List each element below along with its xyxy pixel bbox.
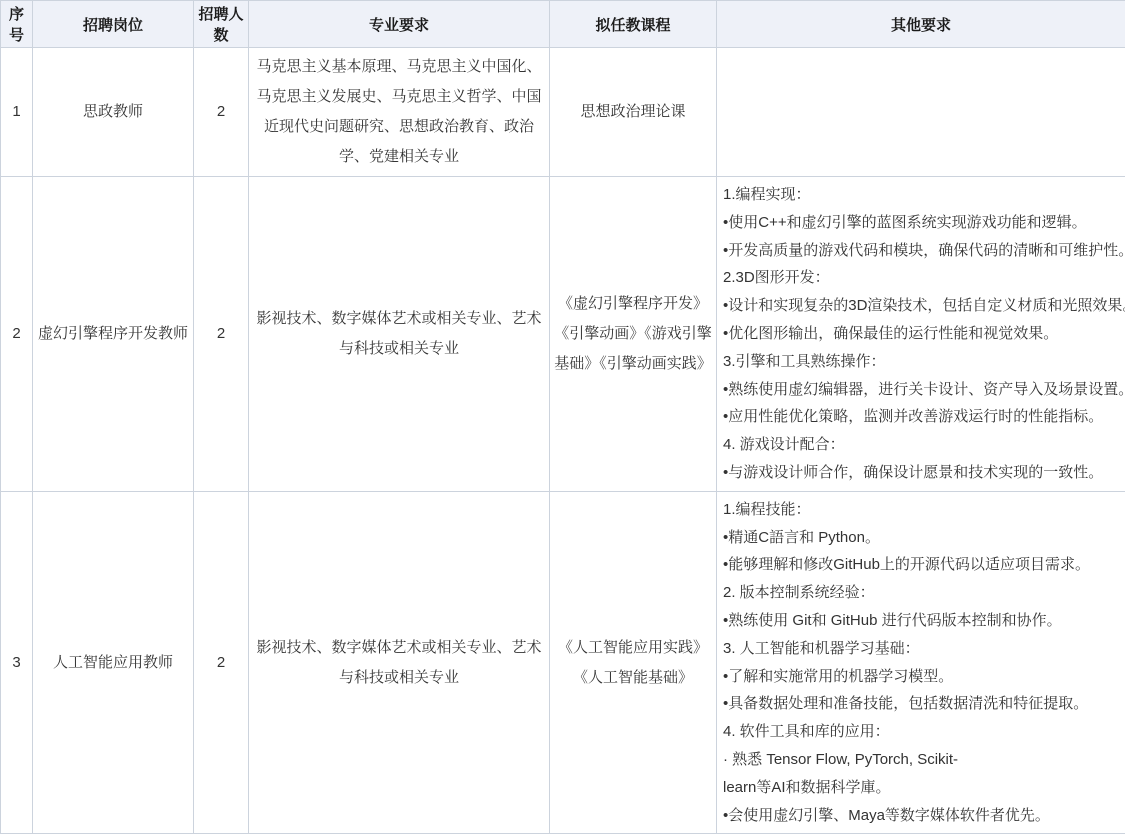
cell-position: 虚幻引擎程序开发教师 xyxy=(33,177,194,492)
cell-courses: 《虚幻引擎程序开发》《引擎动画》《游戏引擎基础》《引擎动画实践》 xyxy=(550,177,717,492)
table-row: 2 虚幻引擎程序开发教师 2 影视技术、数字媒体艺术或相关专业、艺术与科技或相关… xyxy=(1,177,1125,492)
cell-major: 影视技术、数字媒体艺术或相关专业、艺术与科技或相关专业 xyxy=(249,177,550,492)
cell-position: 人工智能应用教师 xyxy=(33,491,194,834)
cell-other-requirements xyxy=(717,48,1125,177)
table-row: 3 人工智能应用教师 2 影视技术、数字媒体艺术或相关专业、艺术与科技或相关专业… xyxy=(1,491,1125,834)
requirement-line: •与游戏设计师合作，确保设计愿景和技术实现的一致性。 xyxy=(723,459,1117,487)
requirement-line: •熟练使用 Git和 GitHub 进行代码版本控制和协作。 xyxy=(723,607,1117,635)
requirement-line: 1.编程技能： xyxy=(723,496,1117,524)
requirement-line: •了解和实施常用的机器学习模型。 xyxy=(723,663,1117,691)
cell-count: 2 xyxy=(194,48,249,177)
cell-count: 2 xyxy=(194,491,249,834)
requirement-line: 4. 游戏设计配合： xyxy=(723,431,1117,459)
requirement-line: 1.编程实现： xyxy=(723,181,1117,209)
requirement-line: •应用性能优化策略，监测并改善游戏运行时的性能指标。 xyxy=(723,403,1117,431)
column-header-courses: 拟任教课程 xyxy=(550,1,717,48)
requirement-line: •熟练使用虚幻编辑器，进行关卡设计、资产导入及场景设置。 xyxy=(723,376,1117,404)
table-row: 1 思政教师 2 马克思主义基本原理、马克思主义中国化、马克思主义发展史、马克思… xyxy=(1,48,1125,177)
cell-count: 2 xyxy=(194,177,249,492)
requirement-line: •会使用虚幻引擎、Maya等数字媒体软件者优先。 xyxy=(723,802,1117,830)
cell-position: 思政教师 xyxy=(33,48,194,177)
requirement-line: 3.引擎和工具熟练操作： xyxy=(723,348,1117,376)
cell-major: 影视技术、数字媒体艺术或相关专业、艺术与科技或相关专业 xyxy=(249,491,550,834)
requirement-line: •优化图形输出，确保最佳的运行性能和视觉效果。 xyxy=(723,320,1117,348)
requirement-line: •开发高质量的游戏代码和模块，确保代码的清晰和可维护性。 xyxy=(723,237,1117,265)
column-header-count: 招聘人数 xyxy=(194,1,249,48)
column-header-position: 招聘岗位 xyxy=(33,1,194,48)
column-header-other: 其他要求 xyxy=(717,1,1125,48)
requirement-line: •使用C++和虚幻引擎的蓝图系统实现游戏功能和逻辑。 xyxy=(723,209,1117,237)
requirement-line: learn等AI和数据科学庫。 xyxy=(723,774,1117,802)
requirement-line: 3. 人工智能和机器学习基础： xyxy=(723,635,1117,663)
cell-courses: 《人工智能应用实践》《人工智能基础》 xyxy=(550,491,717,834)
requirement-line: •精通C語言和 Python。 xyxy=(723,524,1117,552)
column-header-major: 专业要求 xyxy=(249,1,550,48)
cell-index: 2 xyxy=(1,177,33,492)
requirement-line: 4. 软件工具和库的应用： xyxy=(723,718,1117,746)
cell-other-requirements: 1.编程技能： •精通C語言和 Python。 •能够理解和修改GitHub上的… xyxy=(717,491,1125,834)
cell-index: 1 xyxy=(1,48,33,177)
requirement-line: 2.3D图形开发： xyxy=(723,264,1117,292)
cell-other-requirements: 1.编程实现： •使用C++和虚幻引擎的蓝图系统实现游戏功能和逻辑。 •开发高质… xyxy=(717,177,1125,492)
column-header-index: 序号 xyxy=(1,1,33,48)
requirement-line: •具备数据处理和准备技能，包括数据清洗和特征提取。 xyxy=(723,690,1117,718)
requirement-line: 2. 版本控制系统经验： xyxy=(723,579,1117,607)
cell-major: 马克思主义基本原理、马克思主义中国化、马克思主义发展史、马克思主义哲学、中国近现… xyxy=(249,48,550,177)
cell-courses: 思想政治理论课 xyxy=(550,48,717,177)
recruitment-table: 序号 招聘岗位 招聘人数 专业要求 拟任教课程 其他要求 1 思政教师 2 马克… xyxy=(0,0,1125,834)
requirement-line: •能够理解和修改GitHub上的开源代码以适应项目需求。 xyxy=(723,551,1117,579)
requirement-line: •设计和实现复杂的3D渲染技术，包括自定义材质和光照效果。 xyxy=(723,292,1117,320)
cell-index: 3 xyxy=(1,491,33,834)
table-header-row: 序号 招聘岗位 招聘人数 专业要求 拟任教课程 其他要求 xyxy=(1,1,1125,48)
requirement-line: · 熟悉 Tensor Flow, PyTorch, Scikit- xyxy=(723,746,1117,774)
